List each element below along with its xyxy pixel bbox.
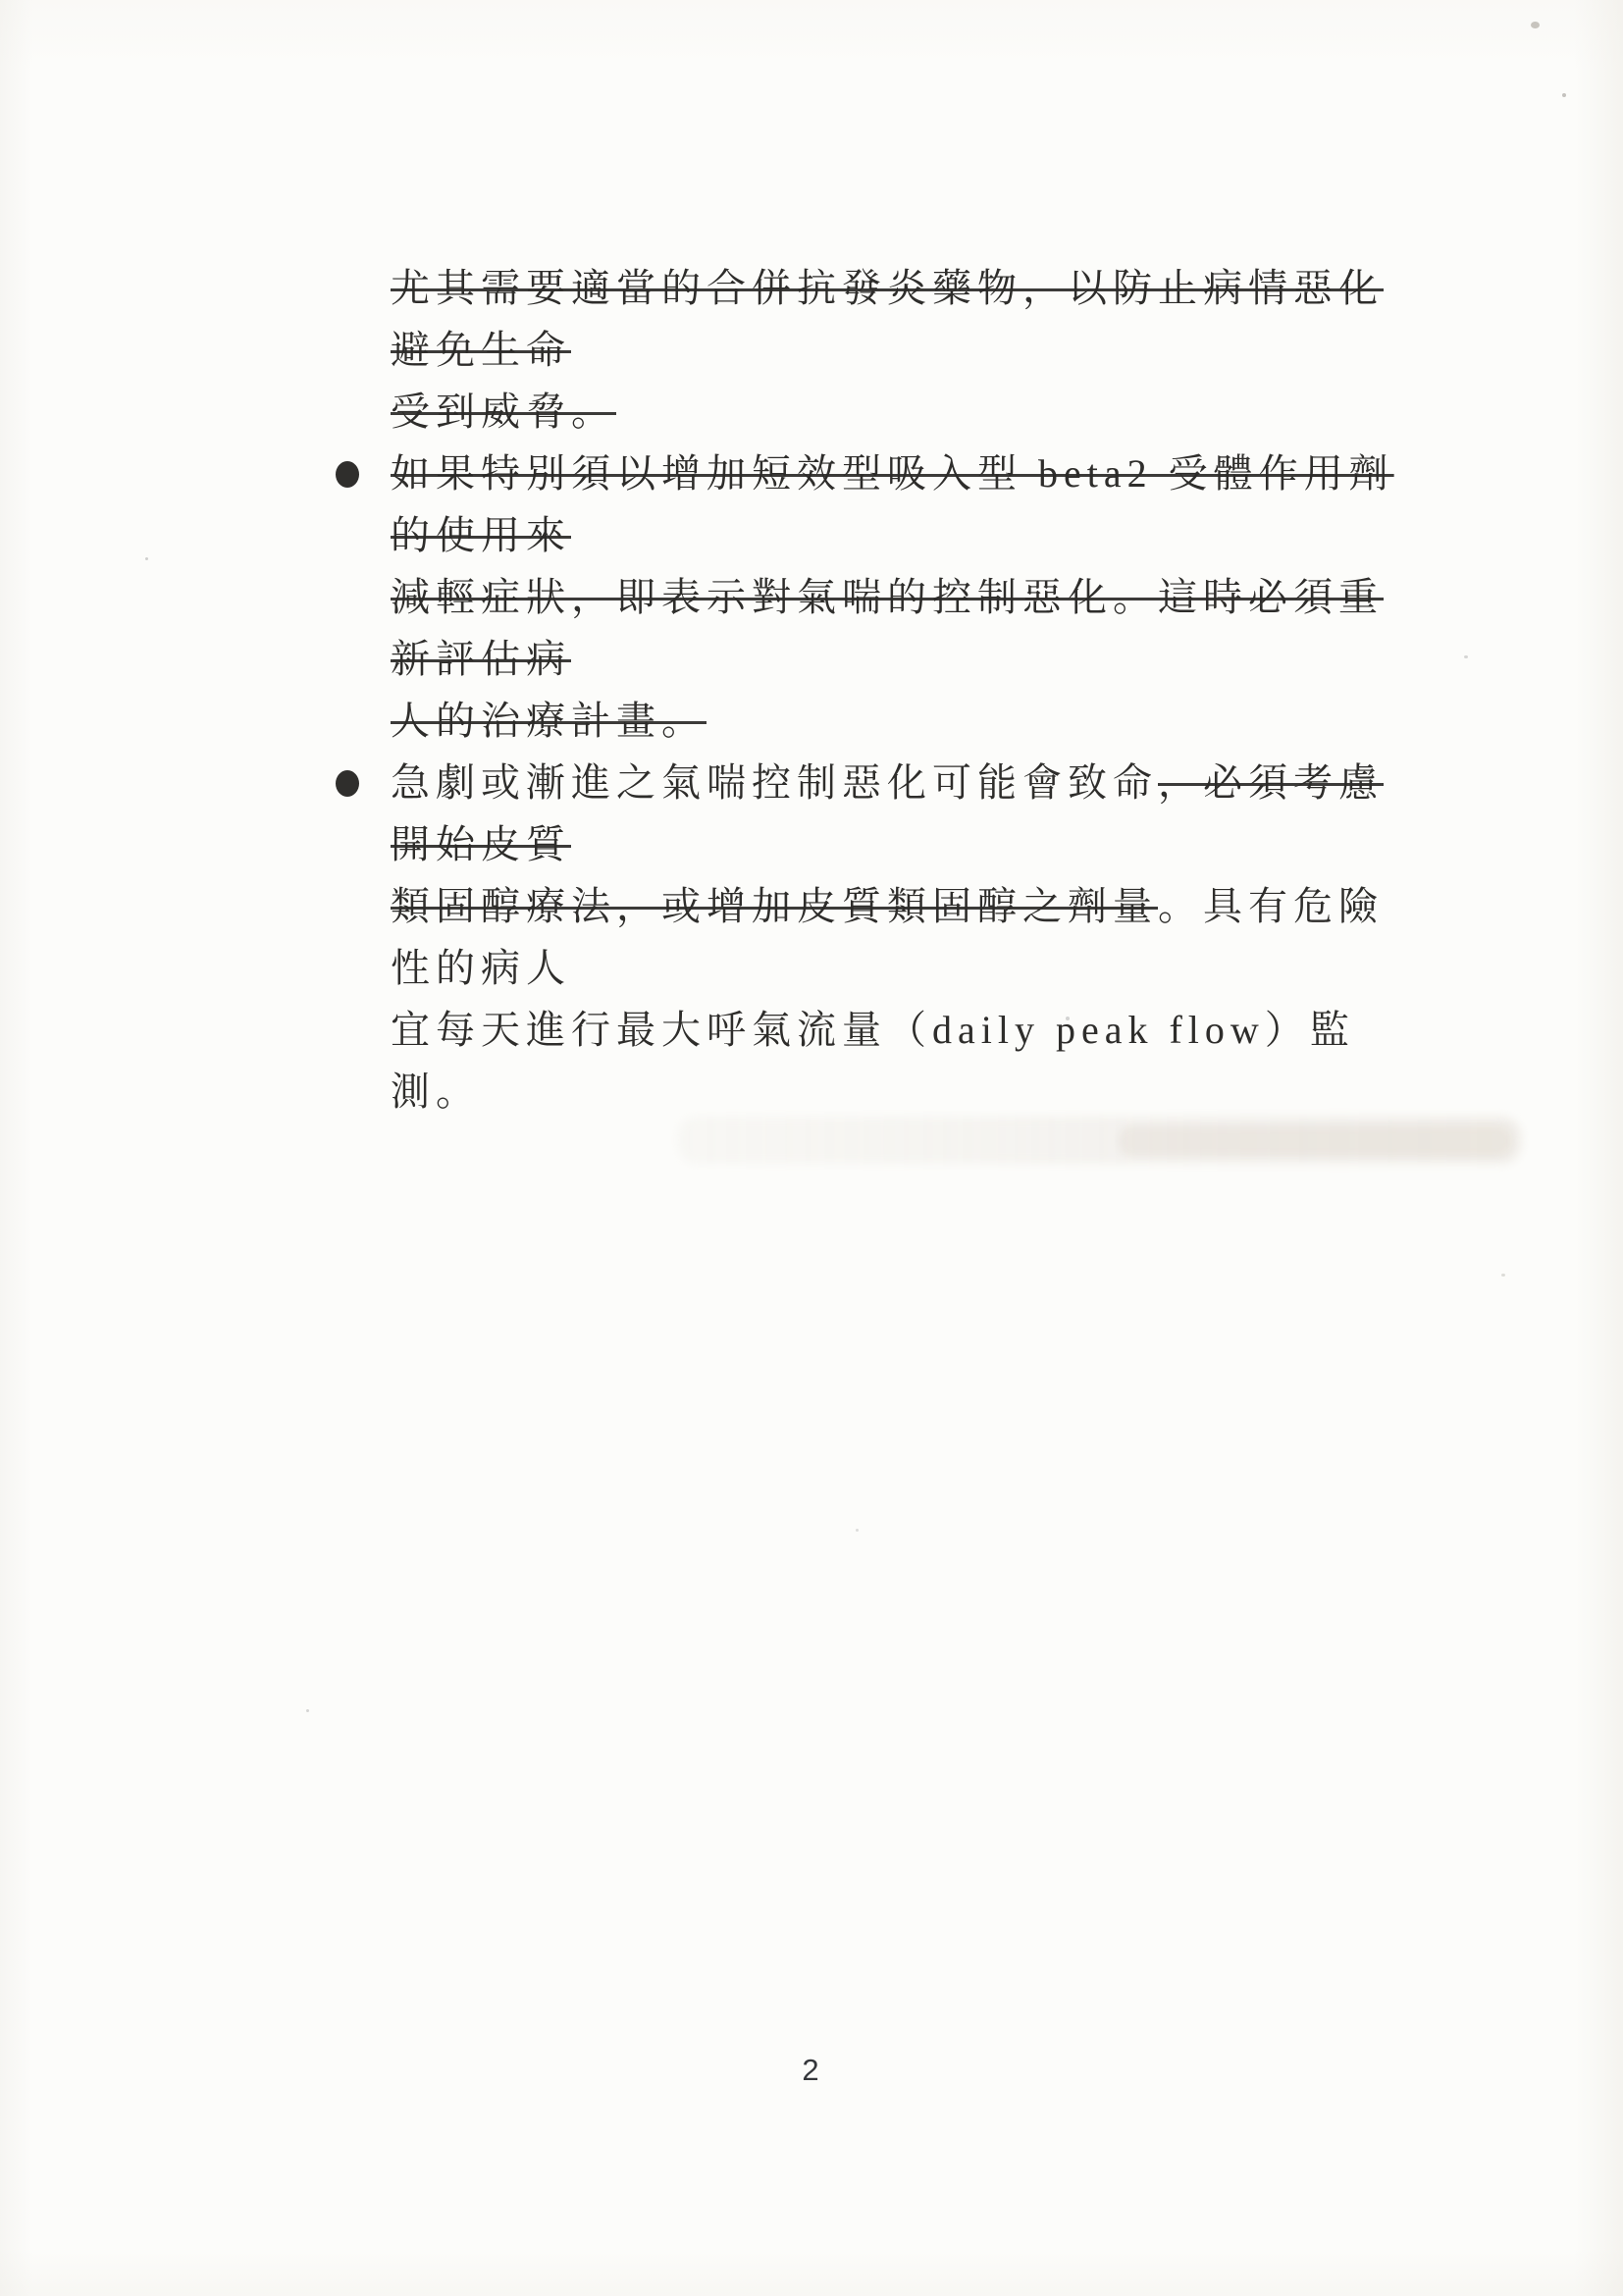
bullet-paragraph-1: 如果特別須以增加短效型吸入型 beta2 受體作用劑的使用來減輕症狀，即表示對氣… xyxy=(391,443,1411,752)
text-segment: 受到威脅。 xyxy=(391,390,616,434)
bullet-marker-icon xyxy=(336,770,359,797)
text-segment: 人的治療計畫。 xyxy=(391,699,707,743)
continued-paragraph: 尤其需要適當的合併抗發炎藥物，以防止病情惡化避免生命受到威脅。 xyxy=(391,257,1411,443)
scan-speck xyxy=(1464,655,1468,658)
scan-speck xyxy=(1066,1017,1070,1020)
document-page: 尤其需要適當的合併抗發炎藥物，以防止病情惡化避免生命受到威脅。如果特別須以增加短… xyxy=(0,0,1623,2296)
scan-speck xyxy=(145,557,148,560)
bullet-marker-icon xyxy=(336,461,359,488)
scan-speck xyxy=(1531,22,1540,28)
bullet-paragraph-2: 急劇或漸進之氣喘控制惡化可能會致命，必須考慮開始皮質類固醇療法，或增加皮質類固醇… xyxy=(391,752,1411,1122)
text-segment: 如果特別須以增加短效型吸入型 beta2 受體作用劑的使用來 xyxy=(391,451,1394,557)
text-segment: 宜每天進行最大呼氣流量（daily peak flow）監測。 xyxy=(391,1008,1355,1114)
scan-speck xyxy=(856,1529,859,1532)
scan-speck xyxy=(1562,93,1566,97)
scan-speck xyxy=(306,1709,309,1712)
page-number: 2 xyxy=(791,2053,830,2088)
bleedthrough-artifact xyxy=(1119,1126,1511,1156)
text-block: 尤其需要適當的合併抗發炎藥物，以防止病情惡化避免生命受到威脅。如果特別須以增加短… xyxy=(391,257,1411,1122)
text-segment: 類固醇療法，或增加皮質類固醇之劑量 xyxy=(391,884,1158,928)
text-segment: 減輕症狀，即表示對氣喘的控制惡化。這時必須重新評估病 xyxy=(391,575,1384,681)
text-segment: 急劇或漸進之氣喘控制惡化可能會致命 xyxy=(391,760,1158,805)
scan-speck xyxy=(1501,1274,1505,1277)
text-segment: 尤其需要適當的合併抗發炎藥物，以防止病情惡化避免生命 xyxy=(391,266,1384,372)
